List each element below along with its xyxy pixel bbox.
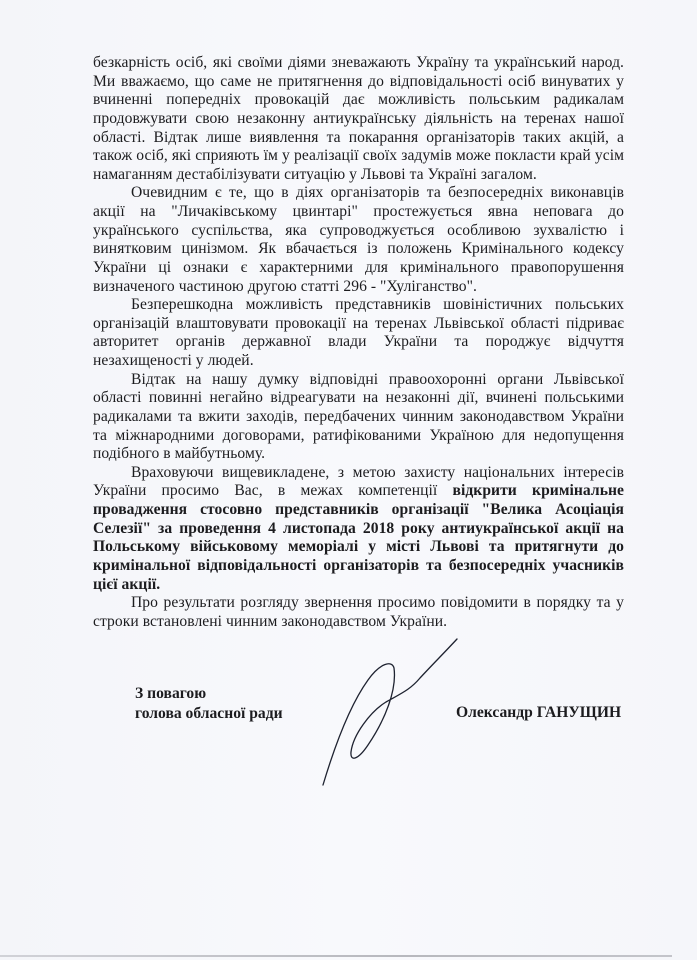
signature-title-block: З повагою голова обласної ради (135, 684, 283, 723)
paragraph-2: Очевидним є те, що в діях організаторів … (93, 184, 624, 296)
paragraph-6: Про результати розгляду звернення просим… (93, 594, 624, 631)
paragraph-3: Безперешкодна можливість представників ш… (93, 296, 624, 371)
letter-body: безкарність осіб, які своїми діями знева… (93, 54, 624, 631)
signatory-title: голова обласної ради (135, 704, 283, 724)
paragraph-4: Відтак на нашу думку відповідні правоохо… (93, 371, 624, 464)
paragraph-1: безкарність осіб, які своїми діями знева… (93, 54, 624, 184)
paragraph-5: Враховуючи вищевикладене, з метою захист… (93, 464, 624, 594)
signatory-name: Олександр ГАНУЩИН (456, 703, 621, 723)
closing-phrase: З повагою (135, 684, 283, 704)
page-bottom-edge (0, 955, 672, 957)
